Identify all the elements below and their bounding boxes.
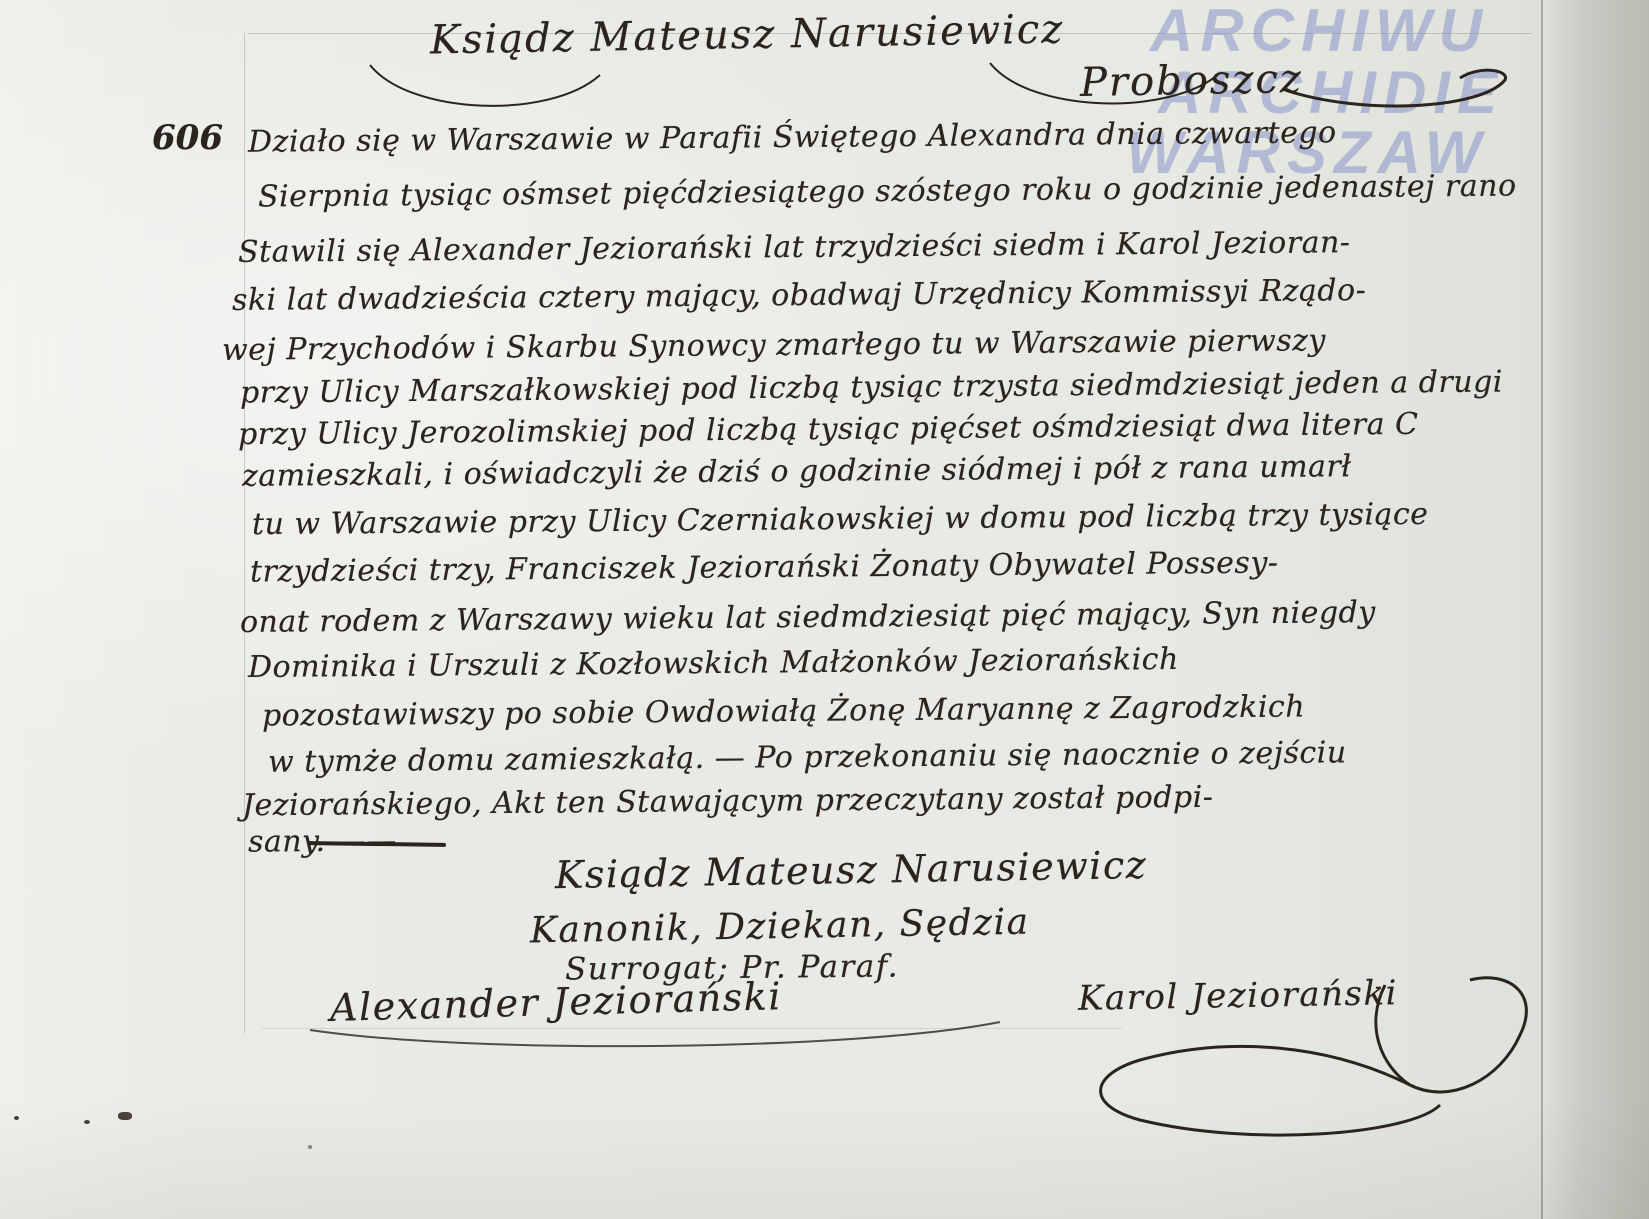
signature-priest-titles: Kanonik, Dziekan, Sędzia [530,902,1030,952]
ruling-line-left-margin [244,33,245,1033]
ink-speck [308,1145,312,1149]
alexander-signature-flourish [300,1000,1020,1060]
header-end-flourish [1280,60,1520,120]
scanned-death-record-page: { "watermark": { "lines": ["ARCHIWU", "A… [0,0,1649,1219]
header-swash-flourish [350,55,1250,125]
karol-signature-flourish [1080,965,1560,1165]
ink-speck [118,1112,132,1120]
ink-speck [14,1116,19,1120]
record-number: 606 [152,118,223,158]
ink-speck [84,1120,90,1124]
